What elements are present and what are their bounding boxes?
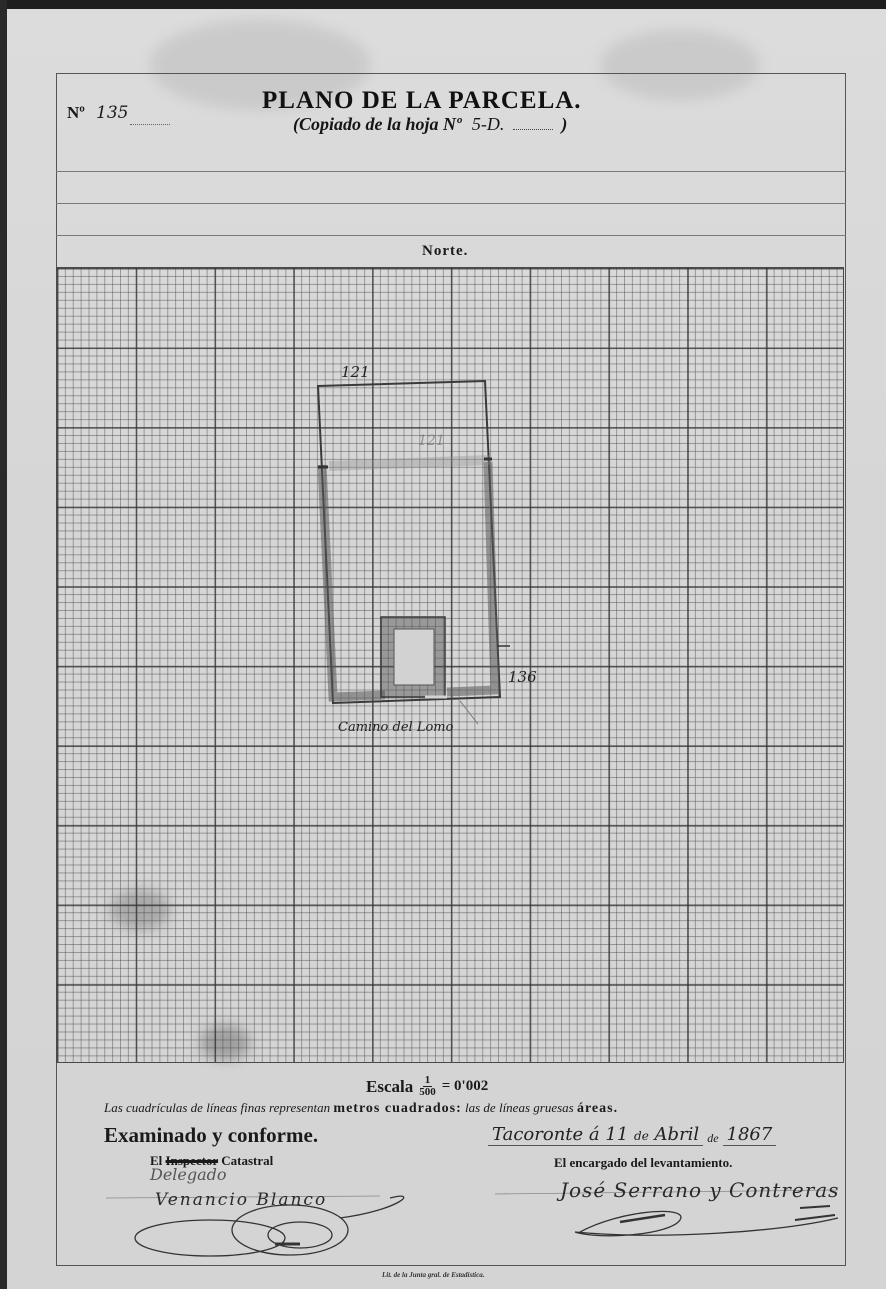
scale-label: Escala 1 500 = 0'002	[366, 1075, 488, 1098]
scan-edge-left	[0, 0, 7, 1289]
right-signature: José Serrano y Contreras	[560, 1178, 839, 1202]
printer-imprint: Lit. de la Junta gral. de Estadística.	[382, 1271, 484, 1279]
left-role-handwritten: Delegado	[150, 1165, 227, 1184]
date-day: á 11	[589, 1124, 628, 1145]
grid-legend: Las cuadrículas de líneas finas represen…	[104, 1100, 618, 1117]
examined-label: Examinado y conforme.	[104, 1123, 318, 1148]
document-number-label: Nº	[67, 103, 85, 123]
right-role-label: El encargado del levantamiento.	[554, 1155, 732, 1171]
legend-text-4: áreas.	[577, 1101, 618, 1116]
sheet-number-underline	[513, 129, 553, 130]
header-rule	[56, 171, 846, 172]
date-place: Tacoronte á 11 de Abril	[488, 1124, 703, 1146]
legend-text-1: Las cuadrículas de líneas finas represen…	[104, 1100, 330, 1115]
document-sheet: Nº 135 PLANO DE LA PARCELA. (Copiado de …	[0, 0, 886, 1289]
scale-denominator: 500	[419, 1087, 436, 1098]
scale-equivalent: = 0'002	[442, 1078, 488, 1095]
date-de: de	[634, 1129, 649, 1143]
subtitle-suffix: )	[561, 114, 567, 134]
left-role-suffix: Catastral	[221, 1153, 273, 1168]
north-label: Norte.	[422, 243, 468, 260]
date-year: 1867	[723, 1124, 777, 1146]
subtitle-prefix: (Copiado de la hoja Nº	[293, 114, 461, 134]
scale-text: Escala	[366, 1077, 413, 1097]
place-and-date: Tacoronte á 11 de Abril de 1867	[488, 1124, 776, 1146]
sheet-number: 5-D.	[472, 114, 505, 134]
left-signature: Venancio Blanco	[155, 1190, 327, 1210]
scale-fraction: 1 500	[419, 1075, 436, 1098]
document-number-underline	[130, 124, 170, 125]
scan-edge-top	[0, 0, 886, 9]
page-subtitle: (Copiado de la hoja Nº 5-D. )	[293, 114, 567, 135]
graph-paper-grid	[56, 267, 844, 1063]
document-number-value: 135	[96, 103, 128, 123]
legend-text-3: las de líneas gruesas	[465, 1100, 574, 1115]
header-rule	[56, 203, 846, 204]
place-name: Tacoronte	[492, 1124, 583, 1145]
legend-text-2: metros cuadrados:	[333, 1101, 461, 1116]
date-month: Abril	[655, 1124, 700, 1145]
date-de-2: de	[707, 1131, 718, 1146]
page-title: PLANO DE LA PARCELA.	[262, 87, 582, 115]
header-rule	[56, 235, 846, 236]
